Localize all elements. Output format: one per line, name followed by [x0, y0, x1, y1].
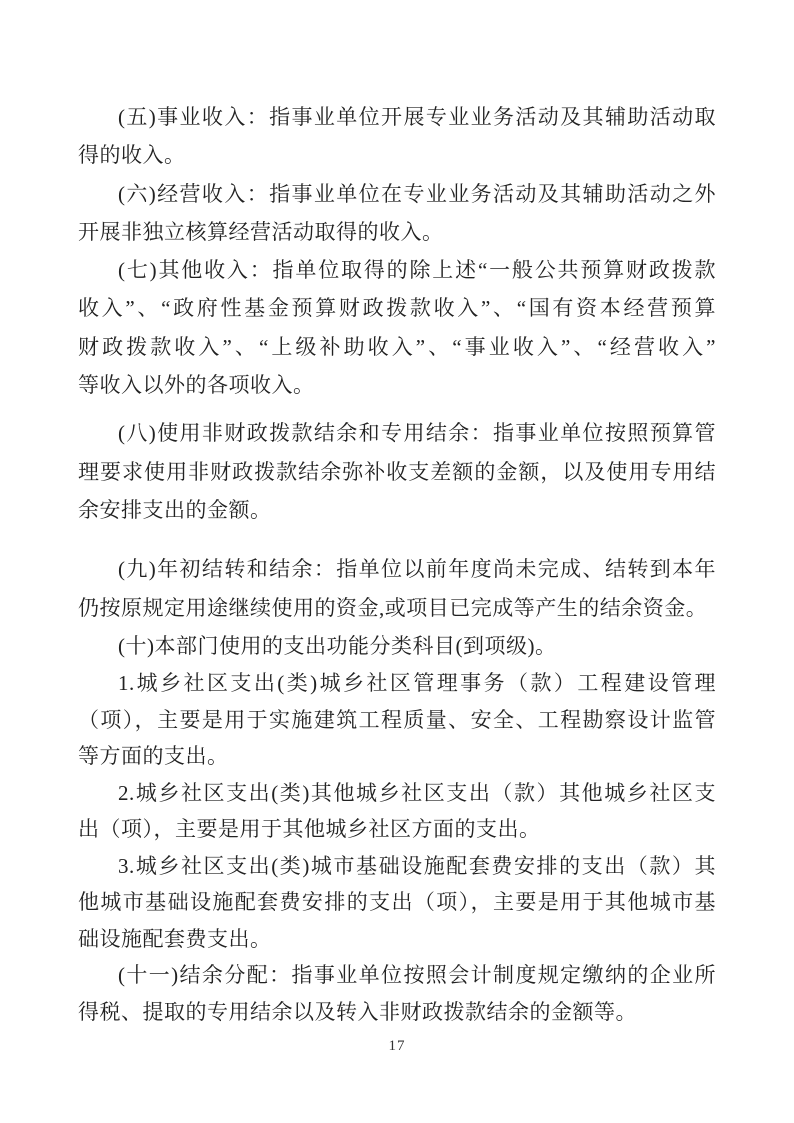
- paragraph-item-2-qita-chengxiang: 2.城乡社区支出(类)其他城乡社区支出（款）其他城乡社区支出（项），主要是用于其…: [78, 775, 716, 848]
- text-line: 财政拨款收入”、“上级补助收入”、“事业收入”、“经营收入”: [78, 328, 716, 366]
- text-line: 等收入以外的各项收入。: [78, 366, 716, 404]
- text-line: (五)事业收入：指事业单位开展专业业务活动及其辅助活动取: [78, 98, 716, 136]
- paragraph-para-6-jingying-shouru: (六)经营收入：指事业单位在专业业务活动及其辅助活动之外开展非独立核算经营活动取…: [78, 175, 716, 252]
- text-line: (十一)结余分配：指事业单位按照会计制度规定缴纳的企业所: [78, 957, 716, 994]
- text-line: 仍按原规定用途继续使用的资金,或项目已完成等产生的结余资金。: [78, 589, 716, 627]
- text-line: 2.城乡社区支出(类)其他城乡社区支出（款）其他城乡社区支: [78, 775, 716, 812]
- paragraph-para-8-feicaizheng-jieyu: (八)使用非财政拨款结余和专用结余：指事业单位按照预算管理要求使用非财政拨款结余…: [78, 414, 716, 529]
- text-line: (六)经营收入：指事业单位在专业业务活动及其辅助活动之外: [78, 175, 716, 213]
- text-line: 得税、提取的专用结余以及转入非财政拨款结余的金额等。: [78, 994, 716, 1031]
- page-footer: 17: [0, 1037, 794, 1055]
- text-line: 础设施配套费支出。: [78, 921, 716, 958]
- text-line: 他城市基础设施配套费安排的支出（项），主要是用于其他城市基: [78, 884, 716, 921]
- text-line: 等方面的支出。: [78, 738, 716, 775]
- text-line: （项），主要是用于实施建筑工程质量、安全、工程勘察设计监管: [78, 702, 716, 739]
- text-line: (七)其他收入：指单位取得的除上述“一般公共预算财政拨款: [78, 251, 716, 289]
- text-line: 开展非独立核算经营活动取得的收入。: [78, 213, 716, 251]
- text-line: 收入”、“政府性基金预算财政拨款收入”、“国有资本经营预算: [78, 289, 716, 327]
- paragraph-item-3-jichusheshi: 3.城乡社区支出(类)城市基础设施配套费安排的支出（款）其他城市基础设施配套费安…: [78, 848, 716, 958]
- text-line: 余安排支出的金额。: [78, 491, 716, 529]
- text-line: 3.城乡社区支出(类)城市基础设施配套费安排的支出（款）其: [78, 848, 716, 885]
- text-line: 理要求使用非财政拨款结余弥补收支差额的金额，以及使用专用结: [78, 453, 716, 491]
- paragraph-para-10-zhichu-kemu: (十)本部门使用的支出功能分类科目(到项级)。: [78, 627, 716, 665]
- paragraph-para-11-jieyu-fenpei: (十一)结余分配：指事业单位按照会计制度规定缴纳的企业所得税、提取的专用结余以及…: [78, 957, 716, 1030]
- text-line: (十)本部门使用的支出功能分类科目(到项级)。: [78, 627, 716, 665]
- paragraph-item-1-gongcheng-jianshe: 1.城乡社区支出(类)城乡社区管理事务（款）工程建设管理（项），主要是用于实施建…: [78, 665, 716, 775]
- text-line: (八)使用非财政拨款结余和专用结余：指事业单位按照预算管: [78, 414, 716, 452]
- document-page: (五)事业收入：指事业单位开展专业业务活动及其辅助活动取得的收入。(六)经营收入…: [0, 0, 794, 1123]
- text-line: (九)年初结转和结余：指单位以前年度尚未完成、结转到本年: [78, 550, 716, 588]
- text-line: 1.城乡社区支出(类)城乡社区管理事务（款）工程建设管理: [78, 665, 716, 702]
- paragraph-para-9-nianchu-jiezhuan: (九)年初结转和结余：指单位以前年度尚未完成、结转到本年仍按原规定用途继续使用的…: [78, 550, 716, 627]
- text-line: 得的收入。: [78, 136, 716, 174]
- page-number: 17: [389, 1038, 406, 1054]
- text-line: 出（项），主要是用于其他城乡社区方面的支出。: [78, 811, 716, 848]
- paragraph-para-5-shiye-shouru: (五)事业收入：指事业单位开展专业业务活动及其辅助活动取得的收入。: [78, 98, 716, 175]
- document-body: (五)事业收入：指事业单位开展专业业务活动及其辅助活动取得的收入。(六)经营收入…: [78, 98, 716, 1030]
- paragraph-para-7-qita-shouru: (七)其他收入：指单位取得的除上述“一般公共预算财政拨款收入”、“政府性基金预算…: [78, 251, 716, 404]
